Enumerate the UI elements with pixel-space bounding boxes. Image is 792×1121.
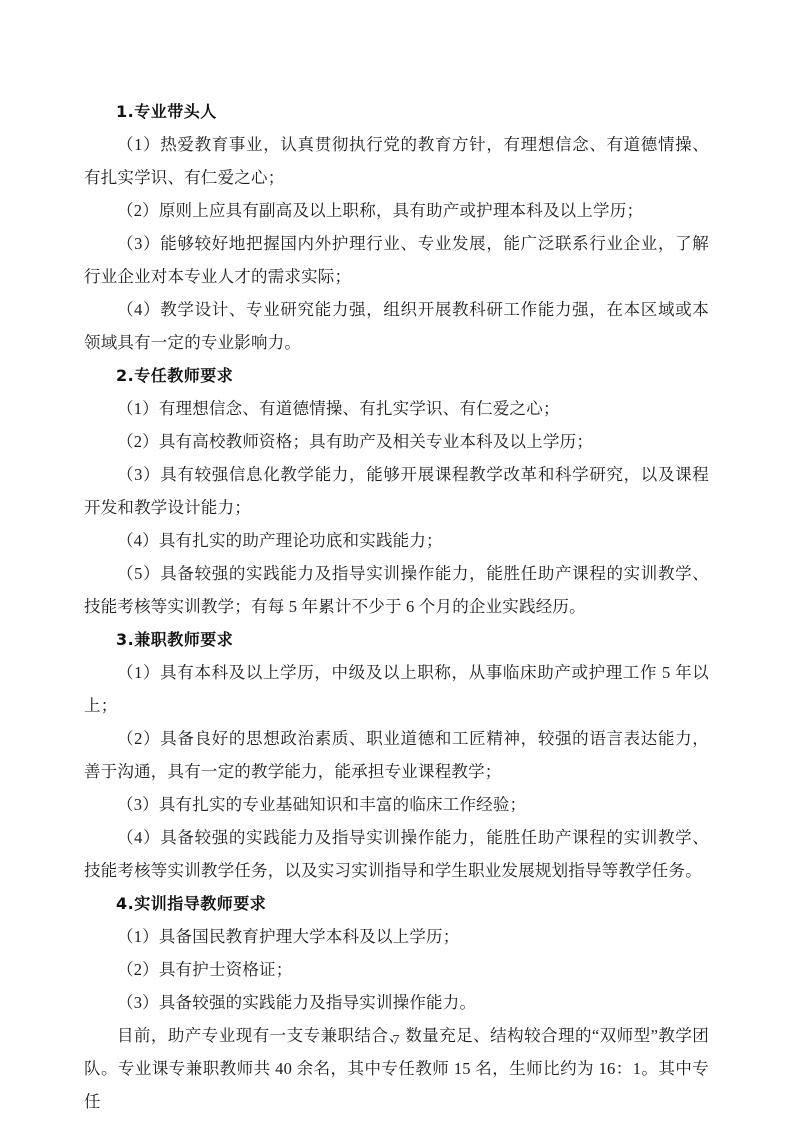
section-3-item-3: （3）具有扎实的专业基础知识和丰富的临床工作经验； [84, 788, 709, 821]
section-4-item-1: （1）具备国民教育护理大学本科及以上学历； [84, 920, 709, 953]
section-2-item-2: （2）具有高校教师资格；具有助产及相关专业本科及以上学历； [84, 425, 709, 458]
section-3-item-4: （4）具备较强的实践能力及指导实训操作能力，能胜任助产课程的实训教学、技能考核等… [84, 821, 709, 887]
document-page: 1.专业带头人 （1）热爱教育事业，认真贯彻执行党的教育方针，有理想信念、有道德… [0, 0, 792, 1121]
section-heading-2: 2.专任教师要求 [84, 359, 709, 392]
section-1-item-4: （4）教学设计、专业研究能力强，组织开展教科研工作能力强，在本区域或本领域具有一… [84, 293, 709, 359]
document-body: 1.专业带头人 （1）热爱教育事业，认真贯彻执行党的教育方针，有理想信念、有道德… [84, 95, 709, 1118]
section-1-item-2: （2）原则上应具有副高及以上职称，具有助产或护理本科及以上学历； [84, 194, 709, 227]
page-number: 7 [0, 1031, 792, 1051]
section-heading-4: 4.实训指导教师要求 [84, 887, 709, 920]
section-2-item-5: （5）具备较强的实践能力及指导实训操作能力，能胜任助产课程的实训教学、技能考核等… [84, 557, 709, 623]
section-3-item-1: （1）具有本科及以上学历，中级及以上职称，从事临床助产或护理工作 5 年以上； [84, 656, 709, 722]
section-heading-3: 3.兼职教师要求 [84, 623, 709, 656]
section-1-item-1: （1）热爱教育事业，认真贯彻执行党的教育方针，有理想信念、有道德情操、有扎实学识… [84, 128, 709, 194]
section-4-item-3: （3）具备较强的实践能力及指导实训操作能力。 [84, 986, 709, 1019]
section-heading-1: 1.专业带头人 [84, 95, 709, 128]
section-1-item-3: （3）能够较好地把握国内外护理行业、专业发展，能广泛联系行业企业，了解行业企业对… [84, 227, 709, 293]
section-2-item-4: （4）具有扎实的助产理论功底和实践能力； [84, 524, 709, 557]
section-4-item-2: （2）具有护士资格证； [84, 953, 709, 986]
section-2-item-3: （3）具有较强信息化教学能力，能够开展课程教学改革和科学研究，以及课程开发和教学… [84, 458, 709, 524]
section-3-item-2: （2）具备良好的思想政治素质、职业道德和工匠精神，较强的语言表达能力，善于沟通，… [84, 722, 709, 788]
section-2-item-1: （1）有理想信念、有道德情操、有扎实学识、有仁爱之心； [84, 392, 709, 425]
